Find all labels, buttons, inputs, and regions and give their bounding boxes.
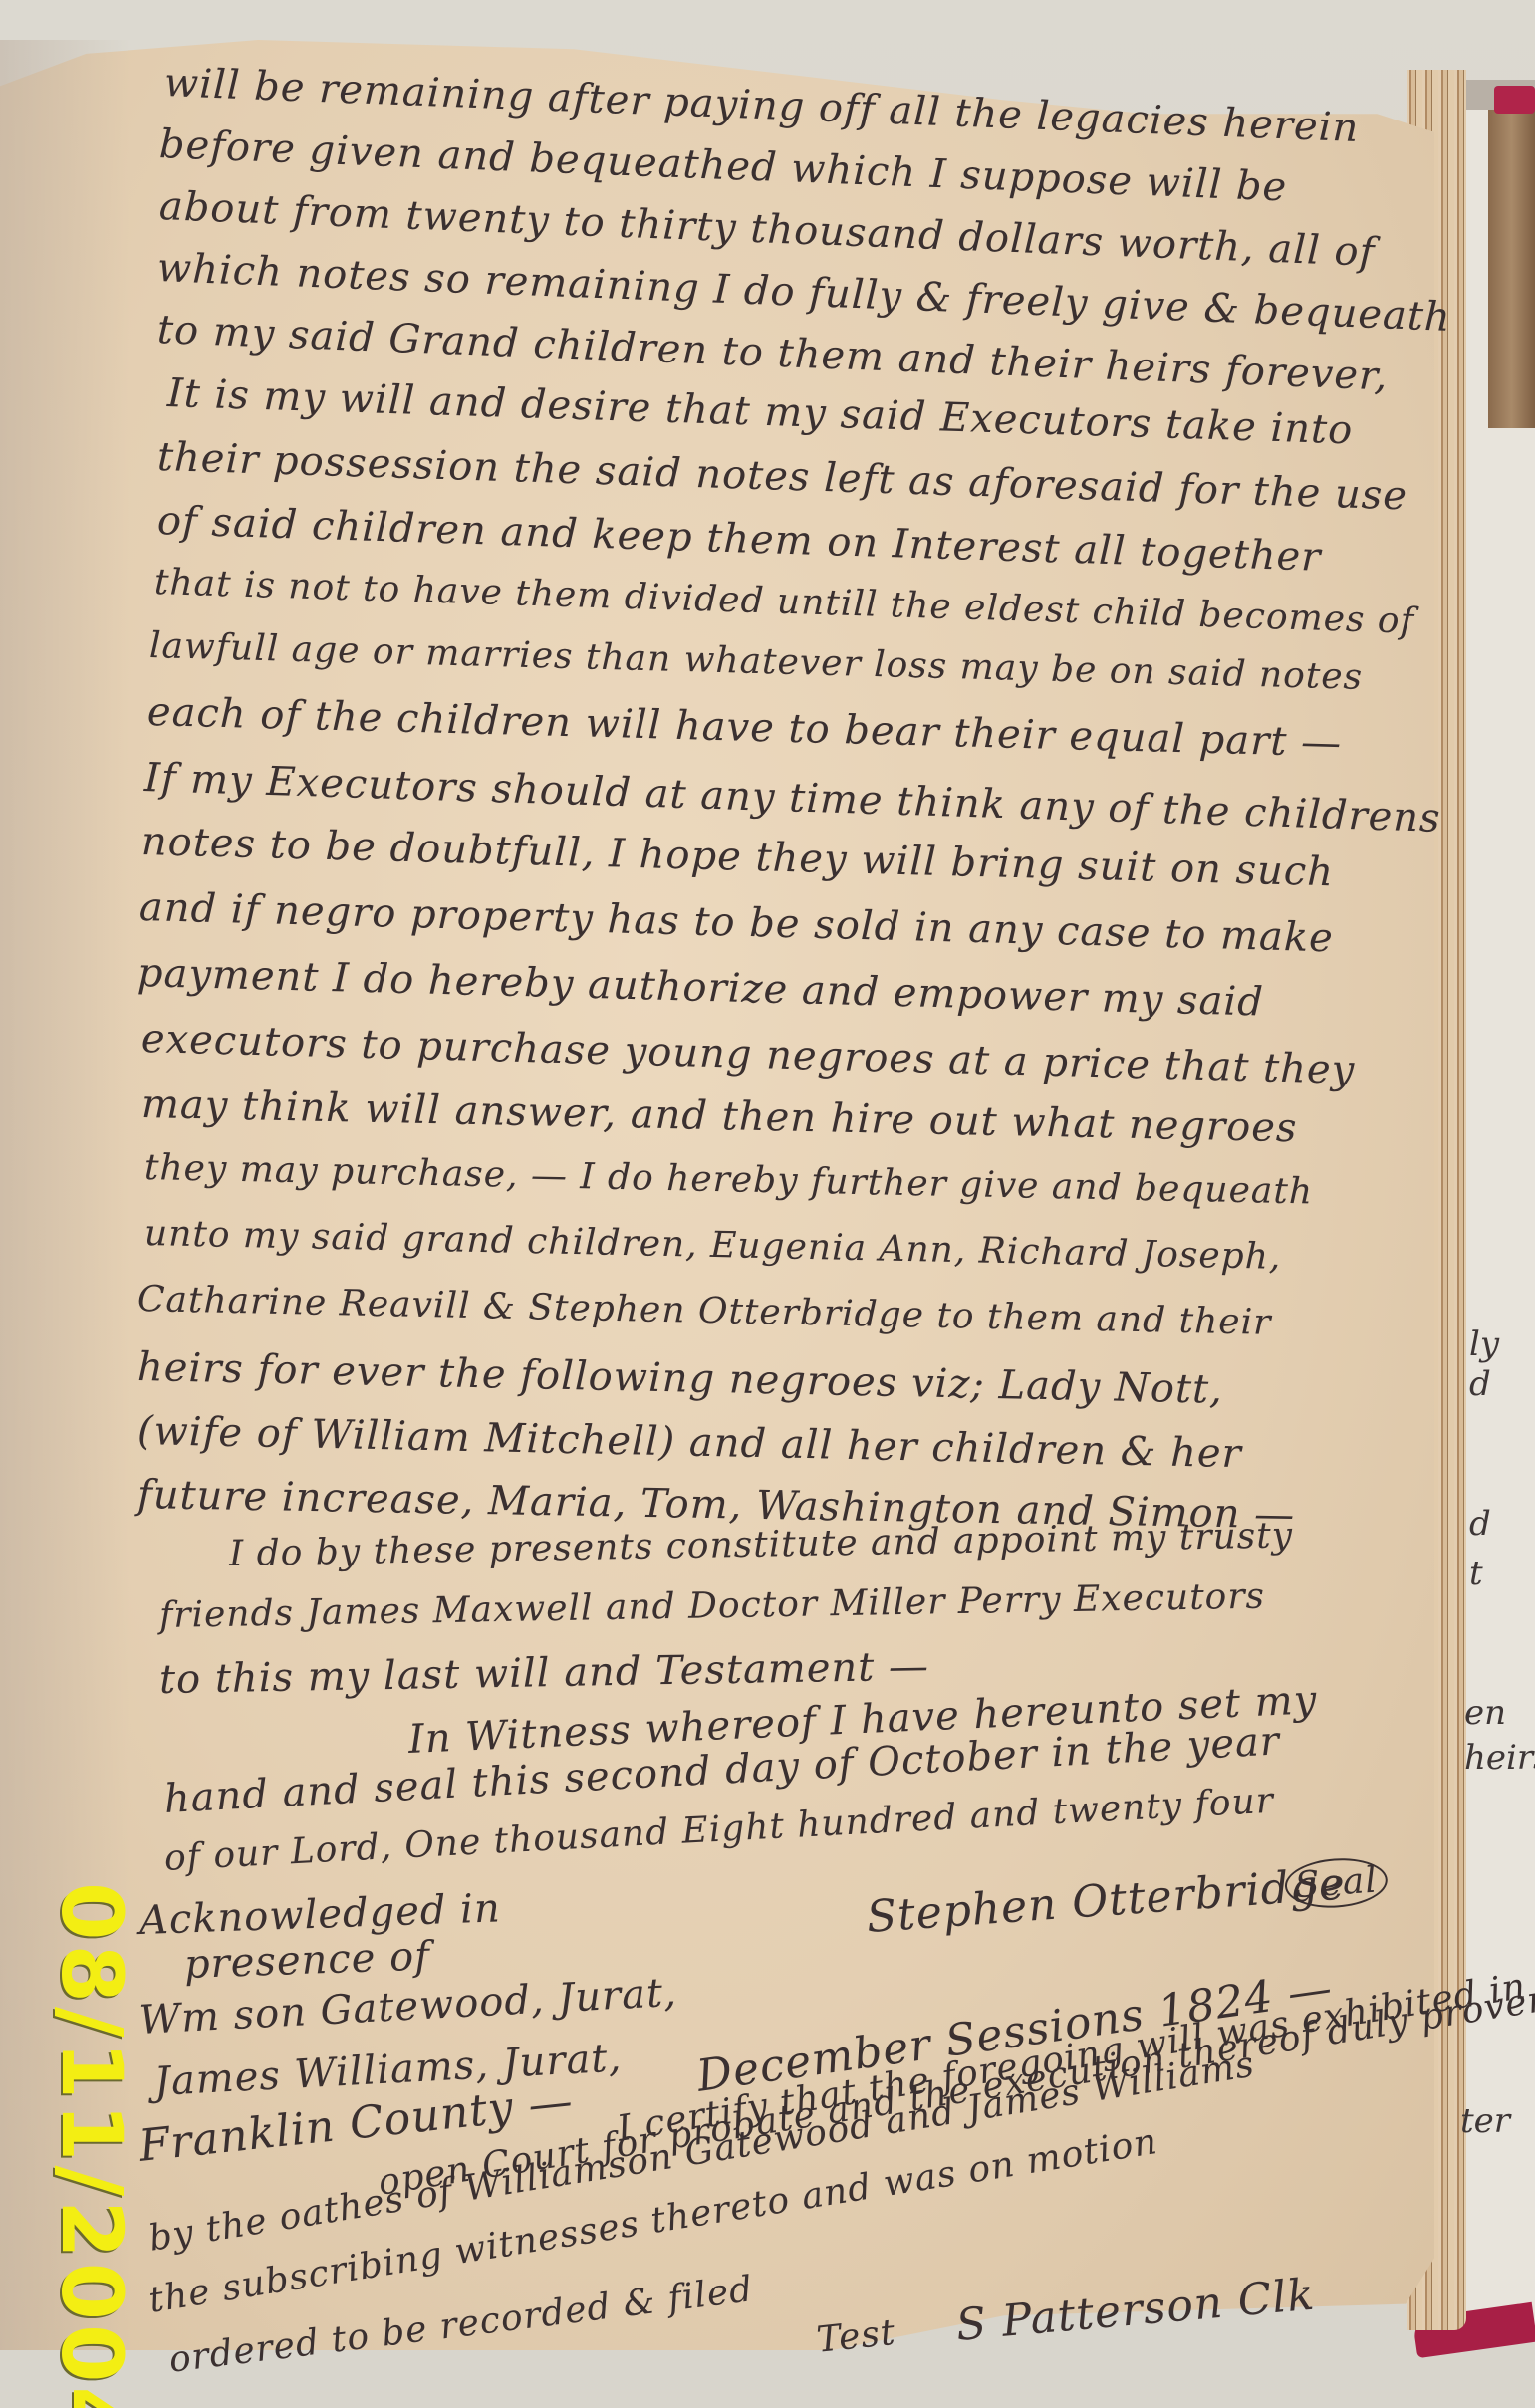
text-line: to this my last will and Testament — [159,1644,930,1703]
text-line: may think will answer, and then hire out… [141,1082,1298,1151]
text-line: each of the children will have to bear t… [146,689,1342,766]
facing-page-fragment: ly [1469,1324,1499,1364]
test-label: Test [815,2312,897,2361]
testator-signature: Stephen Otterbridge [865,1858,1347,1942]
text-line: I do by these presents constitute and ap… [229,1515,1294,1574]
clerk-signature: S Patterson Clk [954,2270,1317,2351]
text-line: Catharine Reavill & Stephen Otterbridge … [137,1279,1272,1343]
text-line: payment I do hereby authorize and empowe… [136,950,1264,1026]
presence-label: presence of [183,1933,431,1988]
facing-page-fragment: ter [1460,2101,1510,2141]
facing-page-fragment: d [1469,1364,1491,1404]
facing-page-fragment: heirs [1464,1738,1535,1778]
text-line: executors to purchase young negroes at a… [140,1016,1355,1093]
handwritten-text: will be remaining after paying off all t… [0,0,1535,2408]
text-line: they may purchase, — I do hereby further… [144,1147,1314,1213]
acknowledged-label: Acknowledged in [138,1885,501,1944]
text-line: (wife of William Mitchell) and all her c… [137,1408,1243,1477]
camera-date-stamp: 08/11/2004 [32,1882,151,2340]
facing-page-fragment: d [1469,1504,1491,1544]
text-line: lawfull age or marries than whatever los… [148,625,1363,698]
facing-page-fragment: t [1469,1554,1483,1593]
text-line: friends James Maxwell and Doctor Miller … [159,1576,1266,1636]
text-line: heirs for ever the following negroes viz… [137,1344,1224,1413]
text-line: and if negro property has to be sold in … [138,884,1334,961]
facing-page-fragment: en [1464,1693,1506,1733]
text-line: unto my said grand children, Eugenia Ann… [144,1213,1282,1278]
